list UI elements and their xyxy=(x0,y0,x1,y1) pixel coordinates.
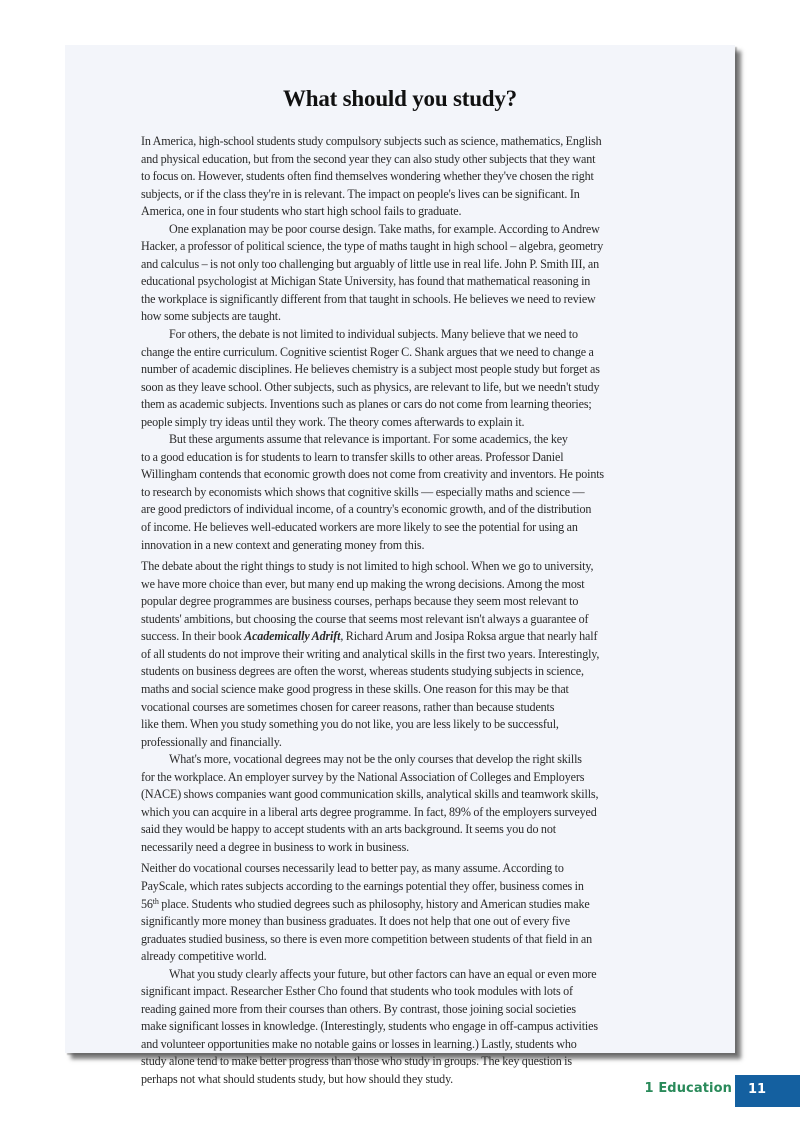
text-line: already competitive world. xyxy=(141,948,663,966)
text-line: which you can acquire in a liberal arts … xyxy=(141,804,663,822)
text-line: 56th place. Students who studied degrees… xyxy=(141,896,663,914)
text-line: professionally and financially. xyxy=(141,734,663,752)
chapter-label: 1 Education xyxy=(645,1081,732,1096)
text-line: perhaps not what should students study, … xyxy=(141,1071,663,1089)
text-line: of all students do not improve their wri… xyxy=(141,646,663,664)
text-line: of income. He believes well-educated wor… xyxy=(141,519,663,537)
text-line: necessarily need a degree in business to… xyxy=(141,839,663,857)
paragraph: In America, high-school students study c… xyxy=(141,133,663,221)
page-number-tab: 11 xyxy=(735,1075,800,1107)
text-fragment: place. Students who studied degrees such… xyxy=(159,897,590,911)
text-line: vocational courses are sometimes chosen … xyxy=(141,699,663,717)
text-line: innovation in a new context and generati… xyxy=(141,537,663,555)
text-line: soon as they leave school. Other subject… xyxy=(141,379,663,397)
text-line: Hacker, a professor of political science… xyxy=(141,238,663,256)
text-line: PayScale, which rates subjects according… xyxy=(141,878,663,896)
text-line: we have more choice than ever, but many … xyxy=(141,576,663,594)
text-line: them as academic subjects. Inventions su… xyxy=(141,396,663,414)
text-line: subjects, or if the class they're in is … xyxy=(141,186,663,204)
paragraph: For others, the debate is not limited to… xyxy=(141,326,663,431)
text-line: reading gained more from their courses t… xyxy=(141,1001,663,1019)
text-line: What you study clearly affects your futu… xyxy=(141,966,663,984)
text-line: for the workplace. An employer survey by… xyxy=(141,769,663,787)
text-line: said they would be happy to accept stude… xyxy=(141,821,663,839)
text-line: Neither do vocational courses necessaril… xyxy=(141,860,663,878)
text-line: educational psychologist at Michigan Sta… xyxy=(141,273,663,291)
text-line: graduates studied business, so there is … xyxy=(141,931,663,949)
text-fragment: success. In their book xyxy=(141,629,244,643)
text-line: how some subjects are taught. xyxy=(141,308,663,326)
article-body: In America, high-school students study c… xyxy=(141,133,663,1089)
text-line: study alone tend to make better progress… xyxy=(141,1053,663,1071)
text-line: maths and social science make good progr… xyxy=(141,681,663,699)
text-line: like them. When you study something you … xyxy=(141,716,663,734)
text-line: Willingham contends that economic growth… xyxy=(141,466,663,484)
text-line: and volunteer opportunities make no nota… xyxy=(141,1036,663,1054)
text-line: change the entire curriculum. Cognitive … xyxy=(141,344,663,362)
text-line: significant impact. Researcher Esther Ch… xyxy=(141,983,663,1001)
paragraph: What's more, vocational degrees may not … xyxy=(141,751,663,856)
text-line: What's more, vocational degrees may not … xyxy=(141,751,663,769)
chapter-title: Education xyxy=(658,1081,732,1096)
text-line: people simply try ideas until they work.… xyxy=(141,414,663,432)
book-title: Academically Adrift xyxy=(244,629,340,643)
paragraph: The debate about the right things to stu… xyxy=(141,558,663,751)
page-title: What should you study? xyxy=(65,86,735,112)
text-line: to focus on. However, students often fin… xyxy=(141,168,663,186)
text-line: significantly more money than business g… xyxy=(141,913,663,931)
text-line: In America, high-school students study c… xyxy=(141,133,663,151)
text-line: are good predictors of individual income… xyxy=(141,501,663,519)
paragraph: What you study clearly affects your futu… xyxy=(141,966,663,1089)
text-line: success. In their book Academically Adri… xyxy=(141,628,663,646)
article-page: What should you study? In America, high-… xyxy=(65,45,735,1053)
text-line: students' ambitions, but choosing the co… xyxy=(141,611,663,629)
text-line: to research by economists which shows th… xyxy=(141,484,663,502)
paragraph: But these arguments assume that relevanc… xyxy=(141,431,663,554)
text-line: The debate about the right things to stu… xyxy=(141,558,663,576)
text-line: to a good education is for students to l… xyxy=(141,449,663,467)
text-line: America, one in four students who start … xyxy=(141,203,663,221)
paragraph: One explanation may be poor course desig… xyxy=(141,221,663,326)
text-line: the workplace is significantly different… xyxy=(141,291,663,309)
chapter-number: 1 xyxy=(645,1081,654,1096)
rank-number: 56 xyxy=(141,897,153,911)
text-fragment: , Richard Arum and Josipa Roksa argue th… xyxy=(340,629,597,643)
text-line: students on business degrees are often t… xyxy=(141,663,663,681)
text-line: make significant losses in knowledge. (I… xyxy=(141,1018,663,1036)
text-line: popular degree programmes are business c… xyxy=(141,593,663,611)
paragraph: Neither do vocational courses necessaril… xyxy=(141,860,663,965)
text-line: But these arguments assume that relevanc… xyxy=(141,431,663,449)
text-line: (NACE) shows companies want good communi… xyxy=(141,786,663,804)
text-line: and physical education, but from the sec… xyxy=(141,151,663,169)
text-line: For others, the debate is not limited to… xyxy=(141,326,663,344)
page-number: 11 xyxy=(748,1082,766,1097)
text-line: and calculus – is not only too challengi… xyxy=(141,256,663,274)
text-line: One explanation may be poor course desig… xyxy=(141,221,663,239)
text-line: number of academic disciplines. He belie… xyxy=(141,361,663,379)
